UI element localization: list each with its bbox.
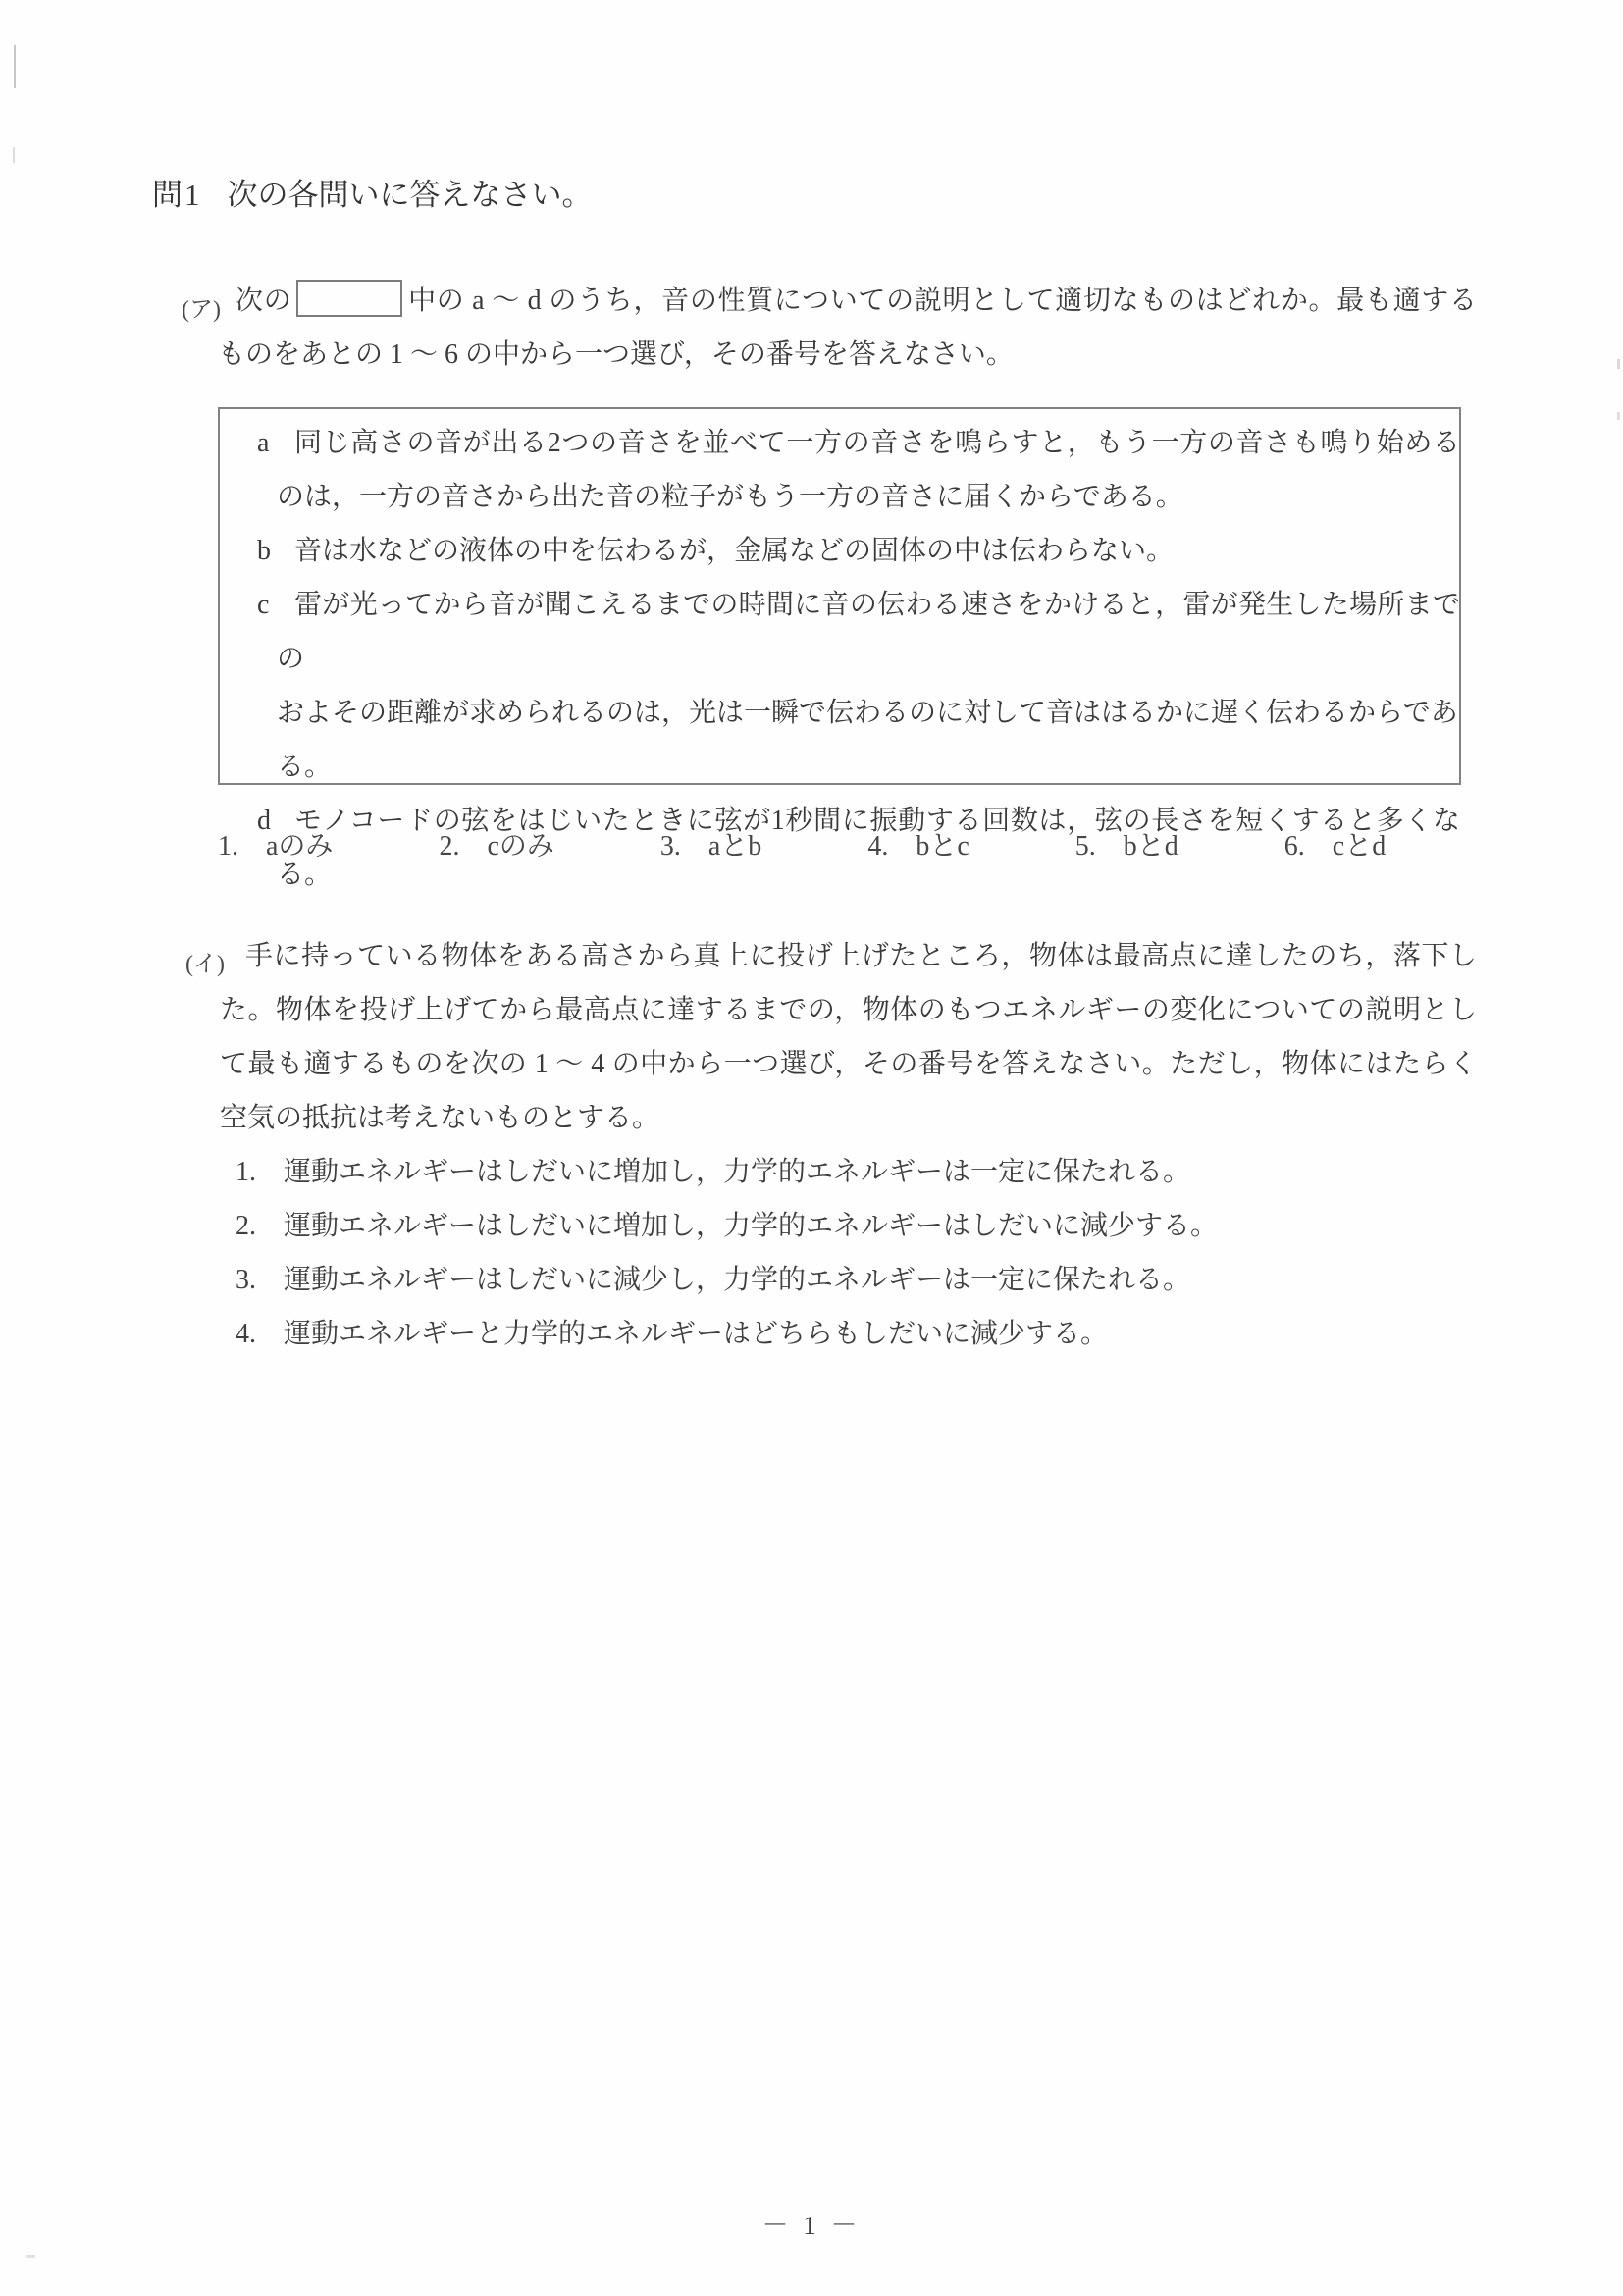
question-header: 問1次の各問いに答えなさい。 <box>152 177 593 213</box>
choice-item: 4. 運動エネルギーと力学的エネルギーはどちらもしだいに減少する。 <box>236 1307 1482 1361</box>
statement-item-c: c 雷が光ってから音が聞こえるまでの時間に音の伝わる速さをかけると，雷が発生した… <box>277 578 1460 794</box>
sub-question-a-text: 次の中の a ～ d のうち，音の性質についての説明として適切なものはどれか。最… <box>218 274 1477 382</box>
text-before-blank: 次の <box>236 286 291 316</box>
choice-item: 1. aのみ <box>218 824 333 863</box>
sub-question-i-label: (イ) <box>185 944 225 978</box>
statement-letter: b <box>257 524 277 578</box>
choice-item: 2. cのみ <box>439 824 553 863</box>
statement-box: a 同じ高さの音が出る2つの音さを並べて一方の音さを鳴らすと，もう一方の音さも鳴… <box>218 407 1461 785</box>
choice-item: 5. bとd <box>1075 824 1178 863</box>
scan-artifact <box>1617 359 1620 369</box>
choice-item: 2. 運動エネルギーはしだいに増加し，力学的エネルギーはしだいに減少する。 <box>236 1199 1482 1253</box>
choices-question-i: 1. 運動エネルギーはしだいに増加し，力学的エネルギーは一定に保たれる。 2. … <box>236 1145 1482 1361</box>
statement-line: 雷が光ってから音が聞こえるまでの時間に音の伝わる速さをかけると，雷が発生した場所… <box>277 578 1460 686</box>
question-i-line: た。物体を投げ上げてから最高点に達するまでの，物体のもつエネルギーの変化について… <box>220 983 1477 1037</box>
question-number: 問1 <box>152 178 202 212</box>
question-header-text: 次の各問いに答えなさい。 <box>228 178 593 212</box>
exam-page: 問1次の各問いに答えなさい。 (ア) 次の中の a ～ d のうち，音の性質につ… <box>0 0 1623 2296</box>
question-a-line1: 次の中の a ～ d のうち，音の性質についての説明として適切なものはどれか。最… <box>218 274 1477 328</box>
question-i-line: 空気の抵抗は考えないものとする。 <box>220 1091 1477 1145</box>
choice-item: 6. cとd <box>1284 824 1386 863</box>
question-i-line: 手に持っている物体をある高さから真上に投げ上げたところ，物体は最高点に達したのち… <box>220 929 1477 983</box>
statement-line: のは，一方の音さから出た音の粒子がもう一方の音さに届くからである。 <box>277 470 1460 524</box>
statement-letter: a <box>257 416 277 470</box>
sub-question-a-label: (ア) <box>182 289 221 324</box>
scan-artifact <box>26 2255 35 2258</box>
choices-question-a: 1. aのみ 2. cのみ 3. aとb 4. bとc 5. bとd 6. cと… <box>218 824 1386 863</box>
choice-item: 3. 運動エネルギーはしだいに減少し，力学的エネルギーは一定に保たれる。 <box>236 1253 1482 1307</box>
statement-line: およその距離が求められるのは，光は一瞬で伝わるのに対して音ははるかに遅く伝わるか… <box>277 686 1460 794</box>
choice-item: 3. aとb <box>660 824 761 863</box>
scan-artifact <box>1617 412 1620 420</box>
statement-line: 音は水などの液体の中を伝わるが，金属などの固体の中は伝わらない。 <box>277 524 1460 578</box>
choice-item: 4. bとc <box>867 824 969 863</box>
blank-box <box>296 280 402 317</box>
scan-artifact <box>13 147 15 163</box>
text-after-blank: 中の a ～ d のうち，音の性質についての説明として適切なものはどれか。最も適… <box>407 286 1477 316</box>
sub-question-i-text: 手に持っている物体をある高さから真上に投げ上げたところ，物体は最高点に達したのち… <box>220 929 1477 1145</box>
statement-item-b: b 音は水などの液体の中を伝わるが，金属などの固体の中は伝わらない。 <box>277 524 1460 578</box>
page-number: － 1 － <box>0 2204 1623 2242</box>
scan-artifact <box>14 45 16 88</box>
statement-item-a: a 同じ高さの音が出る2つの音さを並べて一方の音さを鳴らすと，もう一方の音さも鳴… <box>277 416 1460 524</box>
choice-item: 1. 運動エネルギーはしだいに増加し，力学的エネルギーは一定に保たれる。 <box>236 1145 1482 1199</box>
statement-letter: c <box>257 578 277 632</box>
statement-line: 同じ高さの音が出る2つの音さを並べて一方の音さを鳴らすと，もう一方の音さも鳴り始… <box>277 416 1460 470</box>
question-a-line2: ものをあとの 1 ～ 6 の中から一つ選び，その番号を答えなさい。 <box>218 328 1477 382</box>
question-i-line: て最も適するものを次の 1 ～ 4 の中から一つ選び，その番号を答えなさい。ただ… <box>220 1037 1477 1091</box>
